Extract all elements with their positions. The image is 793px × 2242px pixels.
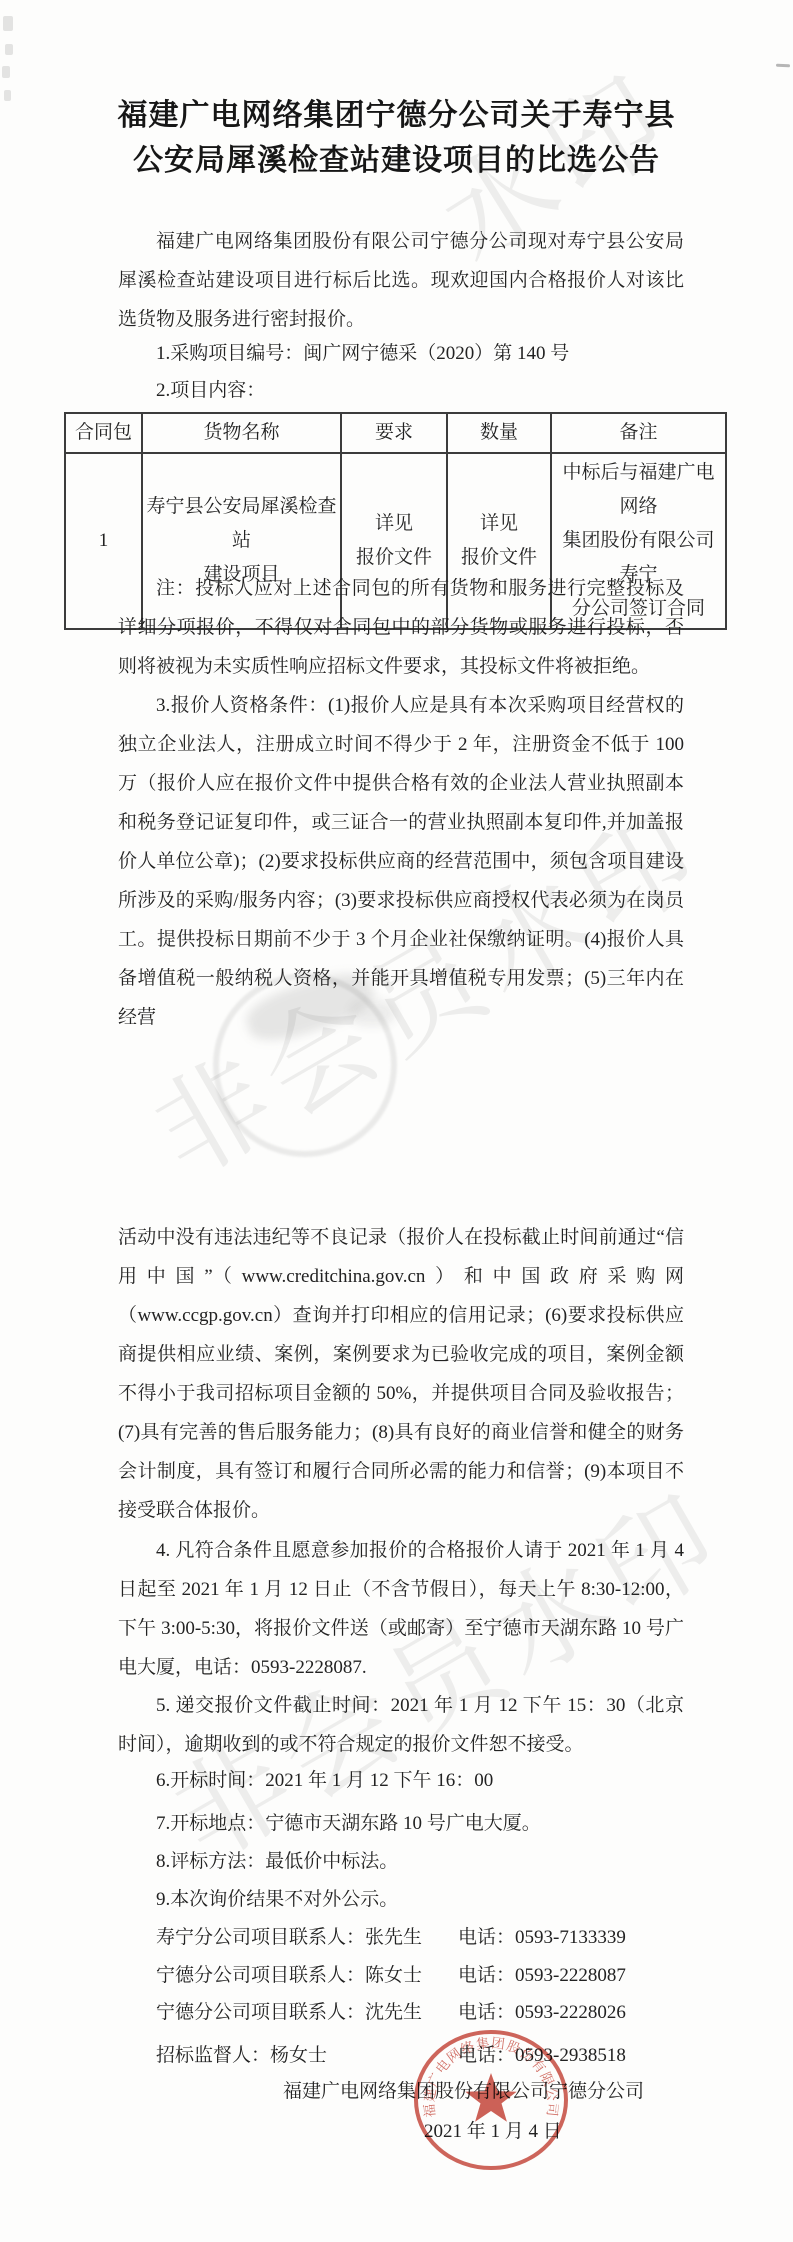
table-header-goods-name: 货物名称	[142, 413, 341, 453]
table-header-remark: 备注	[551, 413, 726, 453]
contact-label: 宁德分公司项目联系人：陈女士	[156, 1956, 422, 1995]
bidder-qualifications-part1: 3.报价人资格条件：(1)报价人应是具有本次采购项目经营权的独立企业法人，注册成…	[118, 686, 684, 1037]
item-bid-opening-place: 7.开标地点：宁德市天湖东路 10 号广电大厦。	[118, 1804, 684, 1843]
contact-label: 寿宁分公司项目联系人：张先生	[156, 1918, 422, 1957]
contact-row: 寿宁分公司项目联系人：张先生 电话：0593-7133339	[0, 1918, 793, 1957]
document-title-line-1: 福建广电网络集团宁德分公司关于寿宁县	[0, 90, 793, 134]
contact-row: 招标监督人：杨女士 电话：0593-2938518	[0, 2036, 793, 2075]
contact-label: 招标监督人：杨女士	[156, 2036, 327, 2075]
scan-artifact	[3, 16, 13, 31]
table-header-package: 合同包	[65, 413, 142, 453]
contact-label: 宁德分公司项目联系人：沈先生	[156, 1993, 422, 2032]
table-header-requirement: 要求	[341, 413, 447, 453]
contact-phone: 电话：0593-2228087	[458, 1956, 626, 1995]
bidder-qualifications-part2: 活动中没有违法违纪等不良记录（报价人在投标截止时间前通过“信用中国”（www.c…	[118, 1218, 684, 1530]
item-deadline: 5. 递交报价文件截止时间：2021 年 1 月 12 下午 15：30（北京时…	[118, 1686, 684, 1764]
item-evaluation-method: 8.评标方法：最低价中标法。	[118, 1842, 684, 1881]
star-icon	[465, 2073, 516, 2122]
item-result-publicity: 9.本次询价结果不对外公示。	[118, 1880, 684, 1919]
contact-phone: 电话：0593-2228026	[458, 1993, 626, 2032]
note-paragraph: 注：投标人应对上述合同包的所有货物和服务进行完整投标及详细分项报价，不得仅对合同…	[118, 569, 684, 686]
official-seal-stamp: 福建广电网络集团股份有限公司	[412, 2028, 570, 2174]
item-procurement-number: 1.采购项目编号：闽广网宁德采（2020）第 140 号	[118, 334, 684, 373]
contact-row: 宁德分公司项目联系人：沈先生 电话：0593-2228026	[0, 1993, 793, 2032]
document-page: 水印 非会员水印 非会员水印 福建广电网络集团宁德分公司关于寿宁县 公安局犀溪检…	[0, 0, 793, 2242]
document-title-line-2: 公安局犀溪检查站建设项目的比选公告	[0, 135, 793, 179]
scan-artifact	[2, 66, 10, 78]
contact-row: 宁德分公司项目联系人：陈女士 电话：0593-2228087	[0, 1956, 793, 1995]
table-header-quantity: 数量	[447, 413, 551, 453]
item-project-content: 2.项目内容：	[118, 371, 684, 410]
item-bid-opening-time: 6.开标时间：2021 年 1 月 12 下午 16：00	[118, 1761, 684, 1800]
intro-paragraph: 福建广电网络集团股份有限公司宁德分公司现对寿宁县公安局犀溪检查站建设项目进行标后…	[118, 222, 684, 339]
item-submission-period: 4. 凡符合条件且愿意参加报价的合格报价人请于 2021 年 1 月 4 日起至…	[118, 1531, 684, 1687]
scan-artifact	[5, 44, 13, 55]
scan-artifact	[776, 64, 790, 68]
contact-phone: 电话：0593-7133339	[458, 1918, 626, 1957]
